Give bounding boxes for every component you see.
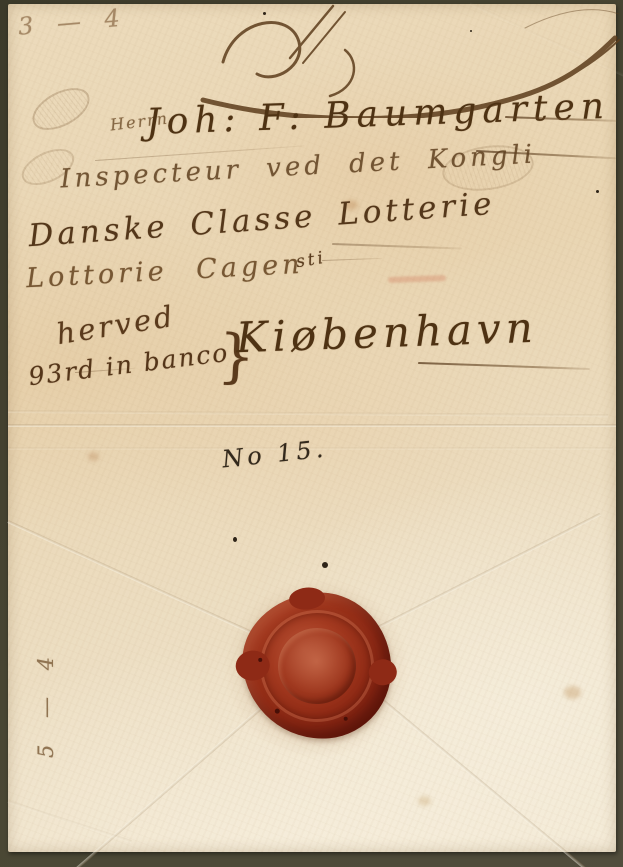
postmark-oval <box>26 79 97 138</box>
seal-pit <box>344 717 348 721</box>
ink-stroke-after-lotterie <box>332 243 462 250</box>
scan-frame: 3 — 4 Herrn Joh: F: Baumgarten Inspecteu… <box>0 0 623 867</box>
foxing-spot <box>418 796 431 806</box>
red-chalk-smudge <box>388 275 446 283</box>
corner-mark: 3 — 4 <box>17 3 129 40</box>
corner-crease-bottom-left <box>8 800 133 843</box>
city-name: Kiøbenhavn <box>235 303 538 363</box>
foxing-spot <box>564 686 581 699</box>
ink-stroke-under-city <box>418 362 590 370</box>
docket-number: No 15. <box>221 435 329 474</box>
fold-crease-horizontal <box>8 424 616 427</box>
ink-speck <box>322 562 328 568</box>
ink-stroke-after-sti <box>322 258 382 261</box>
franco-note: herved <box>54 299 178 351</box>
foxing-spot <box>88 452 99 461</box>
ink-speck <box>233 537 237 542</box>
ink-speck <box>596 190 599 193</box>
organization-line: Danske Classe Lotterie <box>27 186 496 255</box>
side-mark: 5 — 4 <box>34 647 58 758</box>
seal-pit <box>275 708 280 713</box>
fold-wrinkle <box>8 410 608 417</box>
ink-layer: 3 — 4 Herrn Joh: F: Baumgarten Inspecteu… <box>0 0 623 867</box>
office-line: Lottorie Cagen <box>25 249 304 294</box>
